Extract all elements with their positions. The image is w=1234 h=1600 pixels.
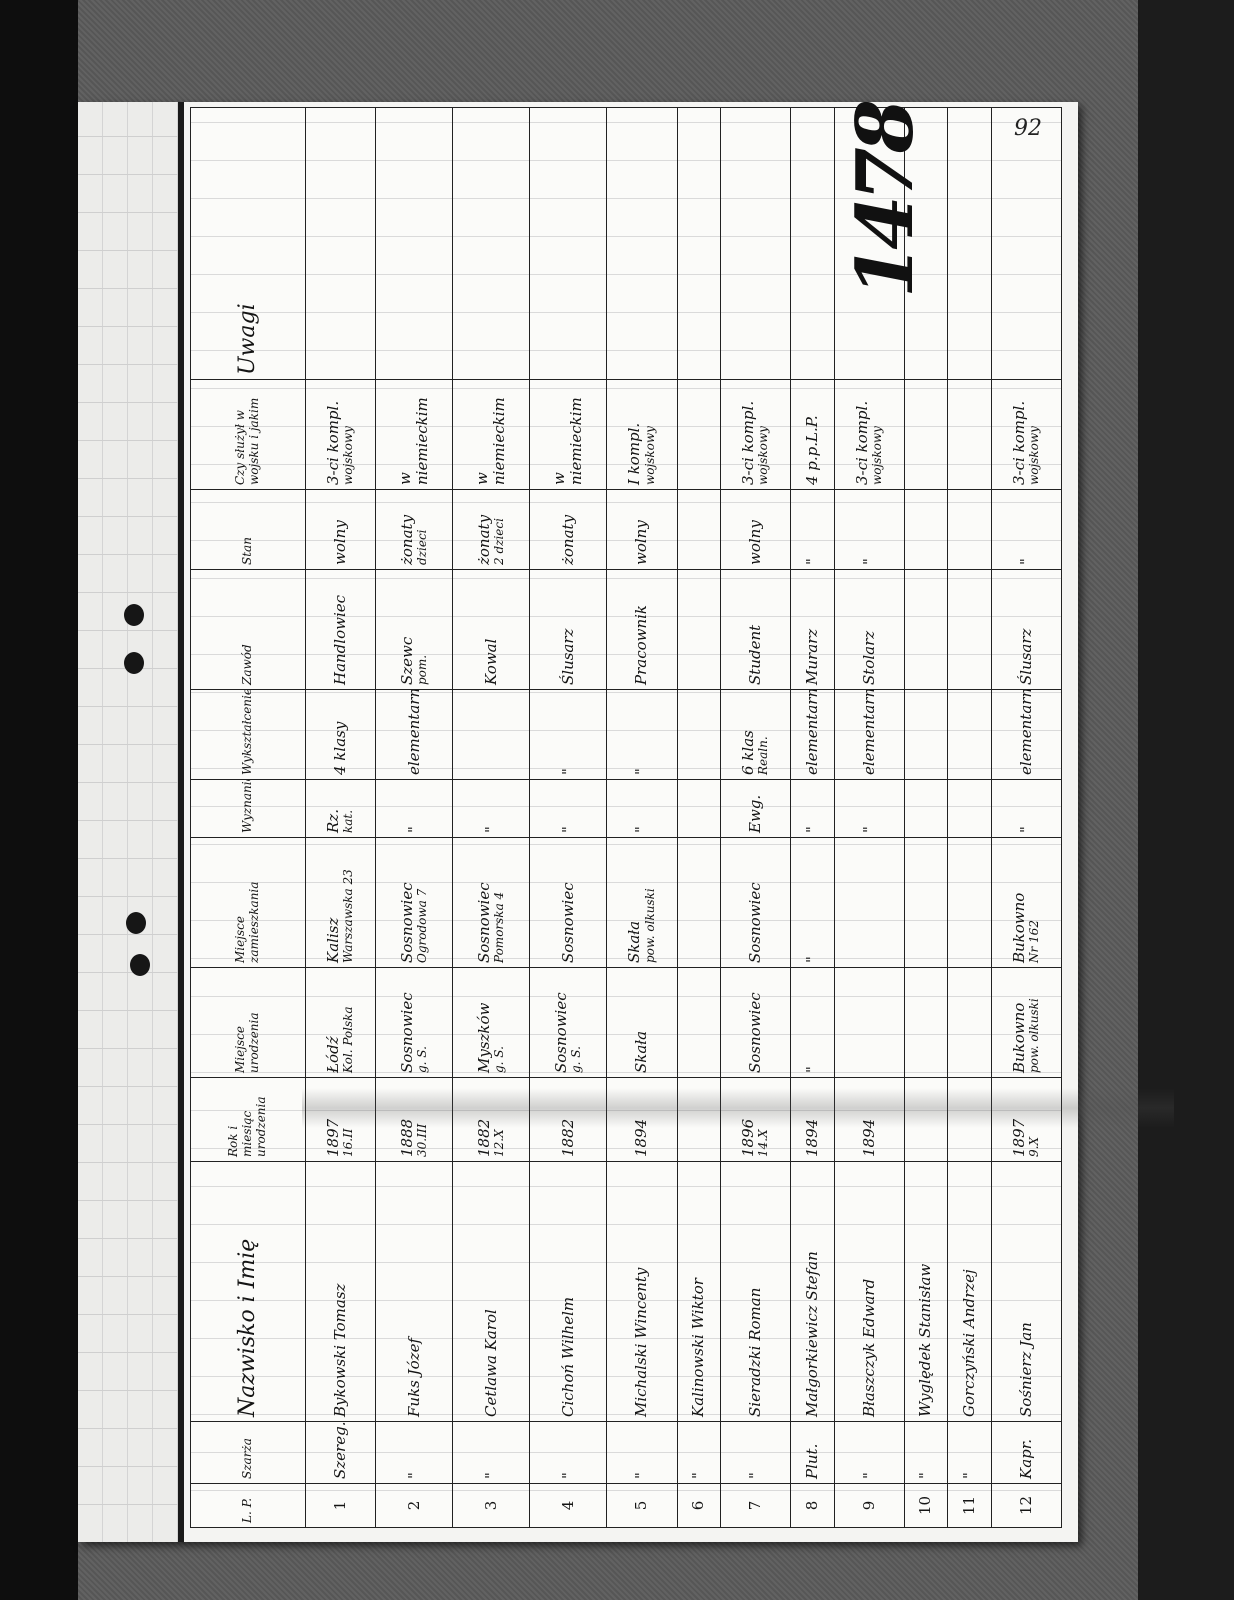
page-number: 92 [1014, 116, 1042, 141]
cell-religion-subtext: kat. [342, 784, 356, 833]
cell-lp-text: 12 [1017, 1496, 1035, 1515]
cell-marital-status: wolny [306, 490, 376, 570]
cell-education: elementarne [834, 690, 904, 780]
cell-name: Gorczyński Andrzej [948, 1162, 991, 1422]
cell-marital-status [948, 490, 991, 570]
cell-profession-text: Stolarz [860, 631, 878, 685]
cell-rank: " [607, 1422, 677, 1484]
cell-residence-text: Sosnowiec [559, 882, 577, 963]
cell-profession: Murarz [791, 570, 834, 690]
cell-birthplace-subtext: g. S. [493, 972, 507, 1073]
table-row: 8Plut.Małgorkiewicz Stefan1894"""element… [791, 108, 834, 1528]
cell-lp: 1 [306, 1484, 376, 1528]
cell-rank: " [904, 1422, 947, 1484]
cell-education: " [530, 690, 607, 780]
cell-name-text: Gorczyński Andrzej [960, 1269, 978, 1417]
cell-profession-text: Kowal [482, 639, 500, 685]
cell-marital-status-text: " [803, 558, 821, 565]
cell-education [677, 690, 720, 780]
cell-religion-text: " [803, 826, 821, 833]
cell-birthplace-text: " [803, 1066, 821, 1073]
cell-residence-text: Sosnowiec [475, 882, 493, 963]
cell-marital-status: żonatydzieci [376, 490, 453, 570]
cell-profession-text: Ślusarz [559, 629, 577, 685]
cell-rank: Plut. [791, 1422, 834, 1484]
header-profession: Zawód [191, 570, 306, 690]
cell-profession: Stolarz [834, 570, 904, 690]
cell-religion: " [834, 780, 904, 838]
header-military-service: Czy służył w wojsku i jakim [191, 380, 306, 490]
cell-profession [948, 570, 991, 690]
cell-lp-text: 7 [746, 1501, 764, 1511]
cell-rank-text: " [482, 1472, 500, 1479]
cell-name-text: Małgorkiewicz Stefan [803, 1251, 821, 1417]
cell-religion-text: " [632, 826, 650, 833]
header-birthplace: Miejsce urodzenia [191, 968, 306, 1078]
cell-military-service-text: 3-ci kompl. [324, 401, 342, 485]
cell-residence: SosnowiecPomorska 4 [453, 838, 530, 968]
cell-rank-text: " [746, 1472, 764, 1479]
cell-birthplace: " [791, 968, 834, 1078]
cell-lp-text: 9 [860, 1501, 878, 1511]
cell-military-service-text: 4 p.p.L.P. [803, 415, 821, 485]
cell-residence [904, 838, 947, 968]
cell-religion-text: " [405, 826, 423, 833]
cell-residence-text: Bukowno [1010, 893, 1028, 963]
cell-profession: Pracownik [607, 570, 677, 690]
cell-name: Wyględek Stanisław [904, 1162, 947, 1422]
cell-religion [904, 780, 947, 838]
cell-military-service: 3-ci kompl.wojskowy [306, 380, 376, 490]
punch-hole [130, 954, 150, 976]
cell-remarks [530, 108, 607, 380]
cell-birthplace-text: Sosnowiec [398, 992, 416, 1073]
cell-marital-status-subtext: 2 dzieci [493, 494, 507, 565]
cell-religion: " [791, 780, 834, 838]
cell-military-service: I kompl.wojskowy [607, 380, 677, 490]
cell-rank: Szereg. [306, 1422, 376, 1484]
header-row: L. P. Szarża Nazwisko i Imię Rok i miesi… [191, 108, 306, 1528]
cell-birthplace: ŁódźKol. Polska [306, 968, 376, 1078]
cell-marital-status [904, 490, 947, 570]
cell-religion [948, 780, 991, 838]
cell-military-service: 3-ci kompl.wojskowy [834, 380, 904, 490]
cell-education: 6 klasRealn. [720, 690, 790, 780]
cell-birthplace-subtext: pow. olkuski [1028, 972, 1042, 1073]
binding-margin [78, 102, 178, 1542]
cell-rank-text: " [405, 1472, 423, 1479]
table-row: 4"Cichoń Wilhelm1882Sosnowiecg. S.Sosnow… [530, 108, 607, 1528]
table-row: 10"Wyględek Stanisław [904, 108, 947, 1528]
cell-remarks [991, 108, 1061, 380]
cell-military-service: w niemieckim [376, 380, 453, 490]
header-education: Wykształcenie [191, 690, 306, 780]
register-sheet: L. P. Szarża Nazwisko i Imię Rok i miesi… [190, 108, 1062, 1528]
cell-marital-status-text: wolny [632, 520, 650, 565]
table-row: 9"Błaszczyk Edward1894"elementarneStolar… [834, 108, 904, 1528]
table-row: 6"Kalinowski Wiktor [677, 108, 720, 1528]
cell-education [453, 690, 530, 780]
cell-education: elementarne [376, 690, 453, 780]
cell-religion: Rz.kat. [306, 780, 376, 838]
cell-residence-subtext: pow. olkuski [644, 842, 658, 963]
scan-streak [302, 1088, 1174, 1128]
header-marital-status: Stan [191, 490, 306, 570]
cell-military-service-subtext: wojskowy [342, 384, 356, 485]
header-religion: Wyznanie [191, 780, 306, 838]
cell-education: " [607, 690, 677, 780]
table-row: 7"Sieradzki Roman189614.XSosnowiecSosnow… [720, 108, 790, 1528]
cell-residence: BukownoNr 162 [991, 838, 1061, 968]
scan-shadow-right [1138, 0, 1234, 1600]
table-row: 2"Fuks Józef188830.IIISosnowiecg. S.Sosn… [376, 108, 453, 1528]
cell-profession: Szewcpom. [376, 570, 453, 690]
cell-religion: " [453, 780, 530, 838]
cell-lp: 8 [791, 1484, 834, 1528]
cell-rank-text: " [960, 1472, 978, 1479]
rotated-register-table: L. P. Szarża Nazwisko i Imię Rok i miesi… [190, 108, 1062, 1528]
cell-military-service-text: w niemieckim [473, 397, 508, 485]
header-residence: Miejsce zamieszkania [191, 838, 306, 968]
cell-education-text: elementarne [860, 690, 878, 776]
table-row: 5"Michalski Wincenty1894SkałaSkałapow. o… [607, 108, 677, 1528]
cell-military-service-subtext: wojskowy [644, 384, 658, 485]
cell-religion-text: " [482, 826, 500, 833]
cell-name: Bykowski Tomasz [306, 1162, 376, 1422]
cell-profession: Kowal [453, 570, 530, 690]
cell-remarks [306, 108, 376, 380]
scan-shadow-left [0, 0, 78, 1600]
cell-military-service-text: 3-ci kompl. [739, 401, 757, 485]
cell-rank-text: Szereg. [331, 1422, 349, 1479]
cell-education: 4 klasy [306, 690, 376, 780]
cell-residence-text: Skała [625, 921, 643, 963]
cell-residence-text: Kalisz [324, 918, 342, 963]
cell-rank-text: " [632, 1472, 650, 1479]
cell-profession-text: Pracownik [632, 605, 650, 685]
cell-name: Kalinowski Wiktor [677, 1162, 720, 1422]
cell-lp: 6 [677, 1484, 720, 1528]
cell-remarks [453, 108, 530, 380]
cell-profession-text: Murarz [803, 629, 821, 685]
cell-rank: " [530, 1422, 607, 1484]
cell-marital-status: " [791, 490, 834, 570]
cell-religion: Ewg. [720, 780, 790, 838]
cell-name: Cetlawa Karol [453, 1162, 530, 1422]
cell-marital-status-subtext: dzieci [416, 494, 430, 565]
cell-remarks [791, 108, 834, 380]
cell-military-service-subtext: wojskowy [757, 384, 771, 485]
cell-residence [834, 838, 904, 968]
cell-name-text: Bykowski Tomasz [331, 1284, 349, 1417]
cell-profession-text: Ślusarz [1017, 629, 1035, 685]
punch-hole [124, 604, 144, 626]
cell-profession-text: Szewc [398, 637, 416, 685]
cell-marital-status: " [834, 490, 904, 570]
cell-military-service: w niemieckim [453, 380, 530, 490]
personnel-register-table: L. P. Szarża Nazwisko i Imię Rok i miesi… [190, 107, 1062, 1528]
cell-marital-status-text: " [860, 558, 878, 565]
cell-lp: 10 [904, 1484, 947, 1528]
cell-residence-text: " [803, 956, 821, 963]
table-row: 12Kapr.Sośnierz Jan18979.XBukownopow. ol… [991, 108, 1061, 1528]
cell-military-service-text: 3-ci kompl. [1010, 401, 1028, 485]
cell-residence [948, 838, 991, 968]
cell-profession-text: Handlowiec [331, 595, 349, 685]
cell-military-service-text: I kompl. [625, 423, 643, 485]
cell-military-service [677, 380, 720, 490]
cell-marital-status-text: wolny [746, 520, 764, 565]
cell-marital-status: żonaty2 dzieci [453, 490, 530, 570]
cell-birthplace-subtext: g. S. [416, 972, 430, 1073]
cell-name-text: Cetlawa Karol [482, 1309, 500, 1417]
cell-birthplace-text: Myszków [475, 1003, 493, 1073]
cell-religion: " [530, 780, 607, 838]
cell-marital-status: żonaty [530, 490, 607, 570]
cell-rank-text: " [689, 1472, 707, 1479]
cell-marital-status: wolny [720, 490, 790, 570]
cell-birthplace [948, 968, 991, 1078]
cell-religion: " [991, 780, 1061, 838]
cell-residence-subtext: Warszawska 23 [342, 842, 356, 963]
header-birth-date: Rok i miesiąc urodzenia [191, 1078, 306, 1162]
cell-residence-subtext: Pomorska 4 [493, 842, 507, 963]
cell-marital-status-text: żonaty [559, 515, 577, 565]
cell-remarks [720, 108, 790, 380]
cell-religion-text: " [1017, 826, 1035, 833]
cell-name-text: Michalski Wincenty [632, 1268, 650, 1417]
cell-religion [677, 780, 720, 838]
cell-education-text: " [632, 768, 650, 775]
cell-lp-text: 11 [960, 1496, 978, 1515]
cell-birthplace-text: Sosnowiec [552, 992, 570, 1073]
cell-education: elementarne [991, 690, 1061, 780]
cell-marital-status [677, 490, 720, 570]
cell-military-service-text: w niemieckim [396, 397, 431, 485]
cell-education-text: 4 klasy [331, 722, 349, 775]
cell-marital-status: wolny [607, 490, 677, 570]
cell-profession: Handlowiec [306, 570, 376, 690]
cell-military-service: 3-ci kompl.wojskowy [991, 380, 1061, 490]
cell-remarks [376, 108, 453, 380]
header-name: Nazwisko i Imię [191, 1162, 306, 1422]
cell-birthplace-subtext: g. S. [570, 972, 584, 1073]
cell-education-text: elementarne [405, 690, 423, 776]
cell-military-service: w niemieckim [530, 380, 607, 490]
cell-name-text: Sośnierz Jan [1017, 1322, 1035, 1417]
cell-residence [677, 838, 720, 968]
cell-lp: 2 [376, 1484, 453, 1528]
cell-lp: 7 [720, 1484, 790, 1528]
cell-marital-status: " [991, 490, 1061, 570]
cell-residence: " [791, 838, 834, 968]
cell-profession [904, 570, 947, 690]
cell-education-text: elementarne [803, 690, 821, 776]
punch-hole [126, 912, 146, 934]
table-row: 1Szereg.Bykowski Tomasz189716.IIŁódźKol.… [306, 108, 376, 1528]
cell-rank: " [720, 1422, 790, 1484]
cell-military-service [948, 380, 991, 490]
cell-name: Sieradzki Roman [720, 1162, 790, 1422]
cell-military-service [904, 380, 947, 490]
cell-education-text: " [559, 768, 577, 775]
header-lp: L. P. [191, 1484, 306, 1528]
cell-birthplace-text: Bukowno [1010, 1003, 1028, 1073]
cell-remarks [607, 108, 677, 380]
cell-remarks [677, 108, 720, 380]
cell-rank: " [948, 1422, 991, 1484]
cell-birthplace: Sosnowiec [720, 968, 790, 1078]
cell-birthplace: Skała [607, 968, 677, 1078]
cell-lp-text: 3 [482, 1501, 500, 1511]
cell-religion-text: " [860, 826, 878, 833]
cell-military-service: 3-ci kompl.wojskowy [720, 380, 790, 490]
cell-name: Małgorkiewicz Stefan [791, 1162, 834, 1422]
cell-military-service-text: 3-ci kompl. [853, 401, 871, 485]
cell-education: elementarne [791, 690, 834, 780]
cell-birthplace-text: Skała [632, 1031, 650, 1073]
cell-residence-text: Sosnowiec [746, 882, 764, 963]
cell-birthplace-text: Łódź [324, 1036, 342, 1073]
cell-rank: " [834, 1422, 904, 1484]
cell-birthplace: Bukownopow. olkuski [991, 968, 1061, 1078]
cell-lp: 3 [453, 1484, 530, 1528]
cell-military-service: 4 p.p.L.P. [791, 380, 834, 490]
cell-lp: 12 [991, 1484, 1061, 1528]
cell-name-text: Kalinowski Wiktor [689, 1278, 707, 1417]
cell-marital-status-text: wolny [331, 520, 349, 565]
cell-residence-text: Sosnowiec [398, 882, 416, 963]
cell-profession [677, 570, 720, 690]
header-rank: Szarża [191, 1422, 306, 1484]
cell-lp: 9 [834, 1484, 904, 1528]
cell-birthplace-subtext: Kol. Polska [342, 972, 356, 1073]
cell-rank: " [453, 1422, 530, 1484]
cell-religion-text: " [559, 826, 577, 833]
table-row: 11"Gorczyński Andrzej [948, 108, 991, 1528]
cell-education-text: elementarne [1017, 690, 1035, 776]
cell-birthplace: Sosnowiecg. S. [530, 968, 607, 1078]
handwritten-stamp-number: 1478 [840, 105, 931, 298]
cell-religion-text: Rz. [324, 809, 342, 833]
cell-profession-subtext: pom. [416, 574, 430, 685]
cell-lp: 5 [607, 1484, 677, 1528]
cell-birthplace: Myszkówg. S. [453, 968, 530, 1078]
cell-profession: Student [720, 570, 790, 690]
cell-religion: " [607, 780, 677, 838]
cell-birthplace [677, 968, 720, 1078]
cell-residence: KaliszWarszawska 23 [306, 838, 376, 968]
cell-rank: " [677, 1422, 720, 1484]
cell-lp-text: 4 [559, 1501, 577, 1511]
cell-name-text: Sieradzki Roman [746, 1288, 764, 1417]
cell-residence: Sosnowiec [720, 838, 790, 968]
cell-religion-text: Ewg. [746, 795, 764, 833]
punch-hole [124, 652, 144, 674]
cell-rank-text: Plut. [803, 1444, 821, 1479]
cell-lp-text: 10 [916, 1496, 934, 1515]
cell-lp-text: 1 [331, 1501, 349, 1511]
cell-rank-text: " [860, 1472, 878, 1479]
cell-name: Sośnierz Jan [991, 1162, 1061, 1422]
cell-name-text: Fuks Józef [405, 1338, 423, 1417]
cell-lp: 4 [530, 1484, 607, 1528]
cell-name: Michalski Wincenty [607, 1162, 677, 1422]
cell-residence: Sosnowiec [530, 838, 607, 968]
cell-rank-text: Kapr. [1017, 1439, 1035, 1479]
cell-remarks [948, 108, 991, 380]
cell-religion: " [376, 780, 453, 838]
cell-lp: 11 [948, 1484, 991, 1528]
table-row: 3"Cetlawa Karol188212.XMyszkówg. S.Sosno… [453, 108, 530, 1528]
cell-rank: Kapr. [991, 1422, 1061, 1484]
cell-lp-text: 6 [689, 1501, 707, 1511]
cell-rank-text: " [916, 1472, 934, 1479]
cell-residence: SosnowiecOgrodowa 7 [376, 838, 453, 968]
page-spine [178, 102, 184, 1542]
cell-name: Fuks Józef [376, 1162, 453, 1422]
cell-lp-text: 8 [803, 1501, 821, 1511]
cell-profession-text: Student [746, 625, 764, 685]
cell-marital-status-text: żonaty [398, 515, 416, 565]
cell-military-service-subtext: wojskowy [871, 384, 885, 485]
cell-birthplace [834, 968, 904, 1078]
cell-residence-subtext: Nr 162 [1028, 842, 1042, 963]
cell-rank: " [376, 1422, 453, 1484]
cell-marital-status-text: " [1017, 558, 1035, 565]
cell-rank-text: " [559, 1472, 577, 1479]
register-page: L. P. Szarża Nazwisko i Imię Rok i miesi… [78, 102, 1078, 1542]
cell-profession: Ślusarz [530, 570, 607, 690]
cell-birthplace: Sosnowiecg. S. [376, 968, 453, 1078]
cell-lp-text: 2 [405, 1501, 423, 1511]
cell-residence-subtext: Ogrodowa 7 [416, 842, 430, 963]
cell-birthplace-text: Sosnowiec [746, 992, 764, 1073]
header-remarks: Uwagi [191, 108, 306, 380]
cell-lp-text: 5 [632, 1501, 650, 1511]
cell-name: Cichoń Wilhelm [530, 1162, 607, 1422]
cell-name-text: Błaszczyk Edward [860, 1279, 878, 1417]
cell-birthplace [904, 968, 947, 1078]
cell-profession: Ślusarz [991, 570, 1061, 690]
cell-name-text: Wyględek Stanisław [916, 1264, 934, 1417]
cell-education-subtext: Realn. [757, 694, 771, 775]
cell-military-service-subtext: wojskowy [1028, 384, 1042, 485]
cell-name: Błaszczyk Edward [834, 1162, 904, 1422]
cell-marital-status-text: żonaty [475, 515, 493, 565]
cell-residence: Skałapow. olkuski [607, 838, 677, 968]
cell-military-service-text: w niemieckim [550, 397, 585, 485]
cell-education-text: 6 klas [739, 730, 757, 775]
cell-education [948, 690, 991, 780]
cell-education [904, 690, 947, 780]
cell-name-text: Cichoń Wilhelm [559, 1297, 577, 1417]
